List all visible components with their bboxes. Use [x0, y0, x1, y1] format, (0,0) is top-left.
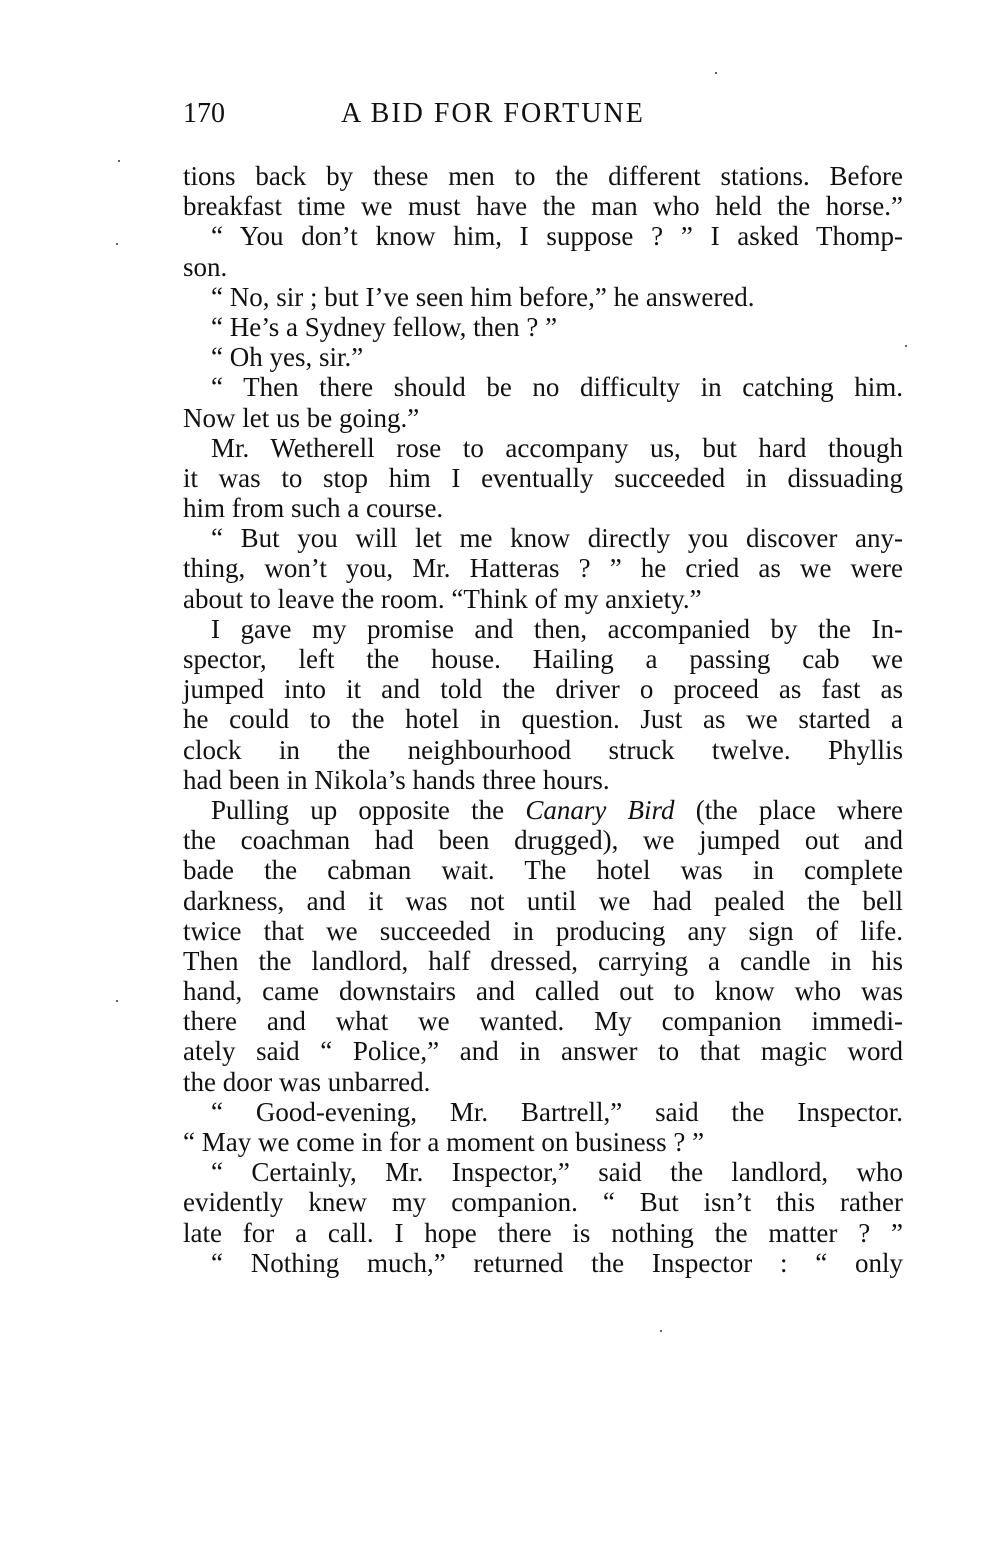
text-line: twice that we succeeded in producing any…: [183, 916, 903, 946]
text-line: tions back by these men to the different…: [183, 161, 903, 191]
text-line: him from such a course.: [183, 493, 903, 523]
text-line: about to leave the room. “Think of my an…: [183, 584, 903, 614]
paragraph-first-line: “ He’s a Sydney fellow, then ? ”: [183, 312, 903, 342]
text-line: he could to the hotel in question. Just …: [183, 704, 903, 734]
text-line: evidently knew my companion. “ But isn’t…: [183, 1187, 903, 1217]
text-line: spector, left the house. Hailing a passi…: [183, 644, 903, 674]
book-page: 170 A BID FOR FORTUNE tions back by thes…: [0, 0, 1001, 1541]
scan-speck: [118, 160, 120, 162]
scan-speck: [905, 345, 907, 347]
scan-speck: [715, 72, 717, 74]
paragraph-first-line: “ Good-evening, Mr. Bartrell,” said the …: [183, 1097, 903, 1127]
text-line: thing, won’t you, Mr. Hatteras ? ” he cr…: [183, 553, 903, 583]
text-line: “ May we come in for a moment on busines…: [183, 1127, 903, 1157]
text-line: Now let us be going.”: [183, 403, 903, 433]
text-line: late for a call. I hope there is nothing…: [183, 1218, 903, 1248]
scan-speck: [116, 1000, 118, 1002]
italic-title: Canary Bird: [525, 795, 674, 825]
text-line: had been in Nikola’s hands three hours.: [183, 765, 903, 795]
running-title: A BID FOR FORTUNE: [341, 98, 645, 130]
text-line: it was to stop him I eventually succeede…: [183, 463, 903, 493]
text-line: there and what we wanted. My companion i…: [183, 1006, 903, 1036]
paragraph-first-line: Pulling up opposite the Canary Bird (the…: [183, 795, 903, 825]
text-line: bade the cabman wait. The hotel was in c…: [183, 855, 903, 885]
text-line: clock in the neighbourhood struck twelve…: [183, 735, 903, 765]
paragraph-first-line: I gave my promise and then, accompanied …: [183, 614, 903, 644]
text-line: hand, came downstairs and called out to …: [183, 976, 903, 1006]
text-line: breakfast time we must have the man who …: [183, 191, 903, 221]
running-header: 170 A BID FOR FORTUNE: [183, 98, 903, 138]
paragraph-first-line: “ Certainly, Mr. Inspector,” said the la…: [183, 1157, 903, 1187]
paragraph-first-line: “ Oh yes, sir.”: [183, 342, 903, 372]
text-line: ately said “ Police,” and in answer to t…: [183, 1036, 903, 1066]
paragraph-first-line: “ Then there should be no difficulty in …: [183, 372, 903, 402]
text-segment: Pulling up opposite the: [211, 795, 525, 825]
body-text: tions back by these men to the different…: [183, 161, 903, 1278]
paragraph-first-line: “ No, sir ; but I’ve seen him before,” h…: [183, 282, 903, 312]
text-line: the door was unbarred.: [183, 1067, 903, 1097]
paragraph-first-line: “ Nothing much,” returned the Inspector …: [183, 1248, 903, 1278]
scan-speck: [116, 243, 118, 245]
text-line: the coachman had been drugged), we jumpe…: [183, 825, 903, 855]
scan-speck: [660, 1330, 662, 1332]
paragraph-first-line: Mr. Wetherell rose to accompany us, but …: [183, 433, 903, 463]
text-line: darkness, and it was not until we had pe…: [183, 886, 903, 916]
text-line: Then the landlord, half dressed, carryin…: [183, 946, 903, 976]
text-line: son.: [183, 252, 903, 282]
paragraph-first-line: “ But you will let me know directly you …: [183, 523, 903, 553]
paragraph-first-line: “ You don’t know him, I suppose ? ” I as…: [183, 221, 903, 251]
text-segment: (the place where: [675, 795, 904, 825]
page-number: 170: [183, 98, 225, 130]
text-line: jumped into it and told the driver o pro…: [183, 674, 903, 704]
